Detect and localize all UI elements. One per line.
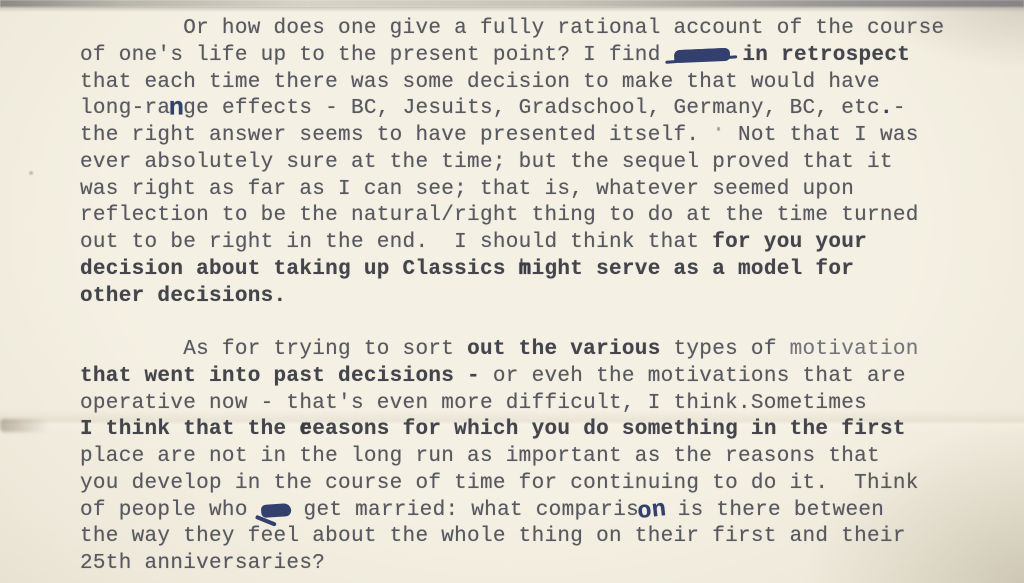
text-segment: operative now - that's even more difficu… bbox=[80, 392, 867, 415]
text-segment: - bbox=[893, 97, 906, 120]
text-segment: Not that I was bbox=[725, 124, 919, 147]
typed-line: that each time there was some decision t… bbox=[80, 70, 1024, 97]
overstrike-over: m bbox=[519, 258, 532, 281]
text-segment: out to be right in the end. I should thi… bbox=[80, 231, 712, 254]
text-segment: motivation bbox=[790, 338, 919, 361]
typed-line: you develop in the course of time for co… bbox=[80, 471, 1024, 498]
text-segment: that each time there was some decision t… bbox=[80, 71, 880, 94]
text-segment: types of bbox=[674, 338, 790, 361]
text-segment: decision about taking up Classics bbox=[80, 258, 519, 281]
text-segment: As for trying to sort bbox=[80, 338, 467, 361]
overstrike-over: e bbox=[299, 418, 312, 441]
typed-line: of one's life up to the present point? I… bbox=[80, 43, 1024, 70]
text-segment: or eveh the motivations that are bbox=[493, 365, 906, 388]
typed-line: I think that the reeasons for which you … bbox=[80, 417, 1024, 444]
letter-page: Or how does one give a fully rational ac… bbox=[0, 0, 1024, 583]
typed-line: place are not in the long run as importa… bbox=[80, 444, 1024, 471]
text-segment: that went into past decisions - bbox=[80, 365, 493, 388]
text-segment: out the various bbox=[467, 338, 673, 361]
text-segment: 25th anniversaries? bbox=[80, 552, 325, 575]
typed-line: As for trying to sort out the various ty… bbox=[80, 337, 1024, 364]
text-segment: · bbox=[712, 118, 725, 145]
typed-line: the way they feel about the whole thing … bbox=[80, 524, 1024, 551]
paragraph: Or how does one give a fully rational ac… bbox=[80, 16, 1024, 310]
typed-line: of people who get married: what comparis… bbox=[80, 498, 1024, 525]
letter-body: Or how does one give a fully rational ac… bbox=[0, 0, 1024, 578]
pen-strikeout-short bbox=[260, 502, 291, 517]
pen-ink-overwrite: n bbox=[169, 94, 184, 126]
text-segment bbox=[699, 124, 712, 147]
text-segment: I think that the bbox=[80, 418, 299, 441]
overstruck-character: hm bbox=[519, 257, 532, 284]
typed-line: operative now - that's even more difficu… bbox=[80, 391, 1024, 418]
text-segment: in retrospect bbox=[742, 44, 910, 67]
typed-line: 25th anniversaries? bbox=[80, 551, 1024, 578]
text-segment: was right as far as I can see; that is, … bbox=[80, 178, 854, 201]
typed-line: the right answer seems to have presented… bbox=[80, 123, 1024, 150]
text-segment: place are not in the long run as importa… bbox=[80, 445, 880, 468]
text-segment: reflection to be the natural/right thing… bbox=[80, 204, 919, 227]
typed-line: ever absolutely sure at the time; but th… bbox=[80, 150, 1024, 177]
text-segment: for you your bbox=[712, 231, 867, 254]
pen-ink-overwrite: . bbox=[880, 97, 893, 120]
text-segment: of one's life up to the present point? I… bbox=[80, 44, 674, 67]
typed-line: that went into past decisions - or eveh … bbox=[80, 364, 1024, 391]
text-segment: other decisions. bbox=[80, 285, 286, 308]
text-segment: long-ra bbox=[80, 97, 170, 120]
overstruck-character: re bbox=[299, 417, 312, 444]
pen-ink-overwrite: on bbox=[636, 496, 668, 529]
typed-line: was right as far as I can see; that is, … bbox=[80, 177, 1024, 204]
typed-line: decision about taking up Classics hmight… bbox=[80, 257, 1024, 284]
typed-line: other decisions. bbox=[80, 284, 1024, 311]
text-segment: the way they feel about the whole thing … bbox=[80, 525, 906, 548]
typed-line: long-range effects - BC, Jesuits, Gradsc… bbox=[80, 96, 1024, 123]
text-segment: you develop in the course of time for co… bbox=[80, 472, 919, 495]
typed-line: Or how does one give a fully rational ac… bbox=[80, 16, 1024, 43]
text-segment: ight serve as a model for bbox=[532, 258, 855, 281]
typed-line: out to be right in the end. I should thi… bbox=[80, 230, 1024, 257]
text-segment: ge effects - BC, Jesuits, Gradschool, Ge… bbox=[183, 97, 880, 120]
text-segment: is there between bbox=[665, 499, 884, 522]
text-segment: get married: what comparis bbox=[291, 499, 639, 522]
text-segment: ever absolutely sure at the time; but th… bbox=[80, 151, 893, 174]
text-segment: the right answer seems to have presented… bbox=[80, 124, 699, 147]
text-segment: of people who bbox=[80, 499, 261, 522]
paragraph: As for trying to sort out the various ty… bbox=[80, 337, 1024, 578]
typed-line: reflection to be the natural/right thing… bbox=[80, 203, 1024, 230]
pen-strikeout-word bbox=[673, 48, 730, 63]
text-segment: easons for which you do something in the… bbox=[312, 418, 906, 441]
text-segment: Or how does one give a fully rational ac… bbox=[80, 17, 944, 40]
